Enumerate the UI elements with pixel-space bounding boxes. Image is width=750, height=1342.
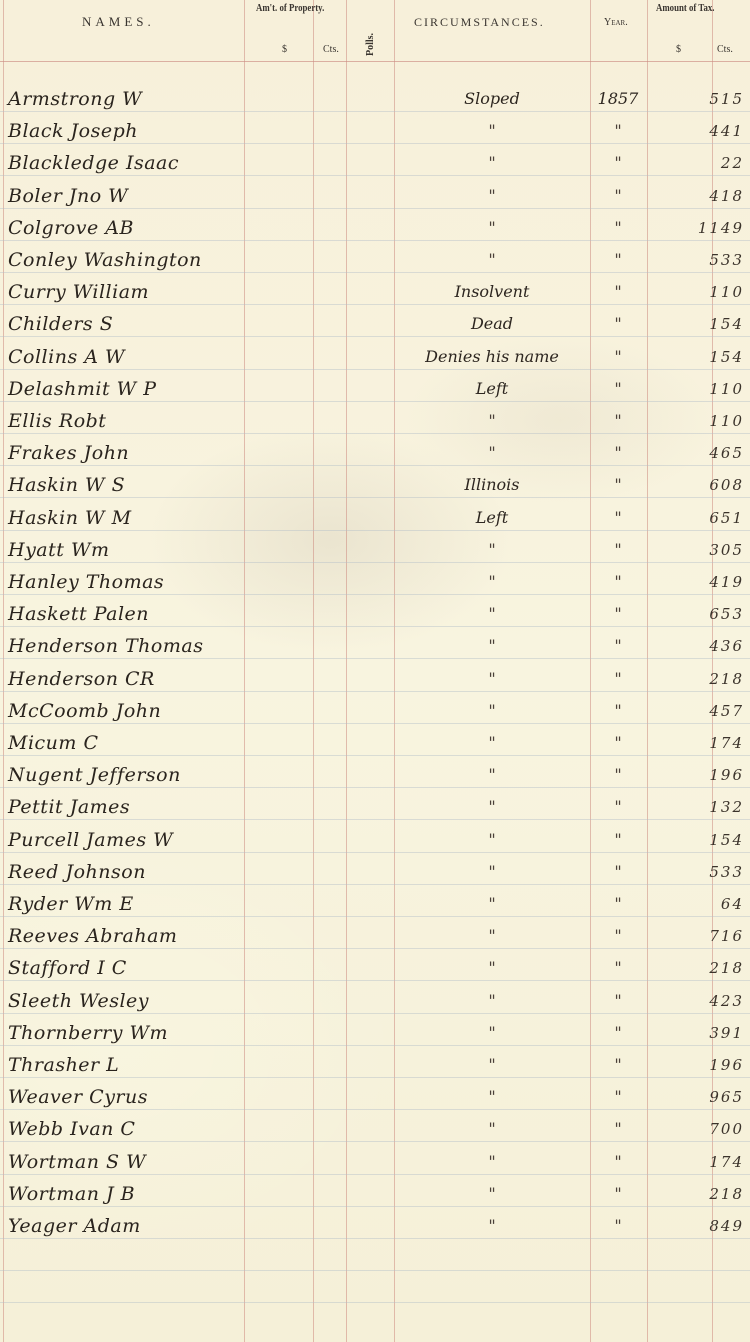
table-row: Wortman J B""218 xyxy=(0,1178,750,1210)
taxpayer-name: McCoomb John xyxy=(8,695,161,727)
year: " xyxy=(590,888,646,920)
taxpayer-name: Haskin W M xyxy=(8,502,132,534)
year: " xyxy=(590,147,646,179)
table-row: Thrasher L""196 xyxy=(0,1049,750,1081)
year: " xyxy=(590,534,646,566)
year: 1857 xyxy=(590,83,646,115)
names-header: NAMES. xyxy=(82,14,155,30)
year: " xyxy=(590,308,646,340)
circumstance: " xyxy=(396,856,588,888)
amount-of-property-header: Am't. of Property. xyxy=(256,2,324,14)
taxpayer-name: Thrasher L xyxy=(8,1049,119,1081)
table-row: McCoomb John""457 xyxy=(0,695,750,727)
taxpayer-name: Pettit James xyxy=(8,791,130,823)
table-row: Ellis Robt""110 xyxy=(0,405,750,437)
tax-amount: 110 xyxy=(648,373,744,405)
taxpayer-name: Stafford I C xyxy=(8,952,127,984)
taxpayer-name: Haskin W S xyxy=(8,469,125,501)
year: " xyxy=(590,469,646,501)
tax-amount: 305 xyxy=(648,534,744,566)
tax-amount: 196 xyxy=(648,1049,744,1081)
table-row: Reeves Abraham""716 xyxy=(0,920,750,952)
table-row: Delashmit W PLeft"110 xyxy=(0,373,750,405)
circumstance: " xyxy=(396,566,588,598)
circumstance: " xyxy=(396,727,588,759)
tax-amount: 22 xyxy=(648,147,744,179)
table-row: Nugent Jefferson""196 xyxy=(0,759,750,791)
circumstance: Dead xyxy=(396,308,588,340)
tax-amount: 465 xyxy=(648,437,744,469)
circumstance: " xyxy=(396,1178,588,1210)
tax-amount: 716 xyxy=(648,920,744,952)
year: " xyxy=(590,952,646,984)
circumstance: " xyxy=(396,212,588,244)
table-row: Hanley Thomas""419 xyxy=(0,566,750,598)
tax-amount: 651 xyxy=(648,502,744,534)
tax-amount: 154 xyxy=(648,824,744,856)
table-row: Wortman S W""174 xyxy=(0,1146,750,1178)
table-row: Frakes John""465 xyxy=(0,437,750,469)
tax-amount: 110 xyxy=(648,276,744,308)
header-rule xyxy=(0,61,750,62)
year: " xyxy=(590,502,646,534)
year: " xyxy=(590,759,646,791)
tax-amount: 391 xyxy=(648,1017,744,1049)
tax-amount: 965 xyxy=(648,1081,744,1113)
year: " xyxy=(590,373,646,405)
year: " xyxy=(590,1049,646,1081)
tax-amount: 154 xyxy=(648,341,744,373)
year: " xyxy=(590,1081,646,1113)
circumstance: " xyxy=(396,1081,588,1113)
year: " xyxy=(590,1113,646,1145)
amount-of-tax-header: Amount of Tax. xyxy=(656,2,714,14)
tax-cents-header: Cts. xyxy=(717,44,733,55)
circumstance: " xyxy=(396,791,588,823)
table-row: Stafford I C""218 xyxy=(0,952,750,984)
table-row: Curry WilliamInsolvent"110 xyxy=(0,276,750,308)
taxpayer-name: Ellis Robt xyxy=(8,405,106,437)
row-rule xyxy=(0,1270,750,1271)
taxpayer-name: Blackledge Isaac xyxy=(8,147,179,179)
tax-amount: 441 xyxy=(648,115,744,147)
circumstance: " xyxy=(396,1017,588,1049)
circumstance: " xyxy=(396,1146,588,1178)
row-rule xyxy=(0,1302,750,1303)
table-row: Webb Ivan C""700 xyxy=(0,1113,750,1145)
taxpayer-name: Haskett Palen xyxy=(8,598,149,630)
taxpayer-name: Weaver Cyrus xyxy=(8,1081,148,1113)
circumstance: " xyxy=(396,985,588,1017)
table-row: Thornberry Wm""391 xyxy=(0,1017,750,1049)
circumstance: " xyxy=(396,824,588,856)
taxpayer-name: Ryder Wm E xyxy=(8,888,134,920)
table-row: Haskin W SIllinois"608 xyxy=(0,469,750,501)
taxpayer-name: Nugent Jefferson xyxy=(8,759,181,791)
table-row: Pettit James""132 xyxy=(0,791,750,823)
table-row: Black Joseph""441 xyxy=(0,115,750,147)
year: " xyxy=(590,856,646,888)
circumstance: Denies his name xyxy=(396,341,588,373)
circumstance: " xyxy=(396,147,588,179)
table-row: Boler Jno W""418 xyxy=(0,180,750,212)
tax-amount: 1149 xyxy=(648,212,744,244)
year: " xyxy=(590,824,646,856)
table-row: Armstrong WSloped1857515 xyxy=(0,83,750,115)
ledger-page: NAMES. Am't. of Property. $ Cts. Polls. … xyxy=(0,0,750,1342)
year: " xyxy=(590,180,646,212)
taxpayer-name: Childers S xyxy=(8,308,113,340)
tax-amount: 154 xyxy=(648,308,744,340)
circumstance: " xyxy=(396,598,588,630)
circumstance: " xyxy=(396,1113,588,1145)
year: " xyxy=(590,663,646,695)
circumstance: " xyxy=(396,663,588,695)
year: " xyxy=(590,405,646,437)
tax-amount: 218 xyxy=(648,952,744,984)
year: " xyxy=(590,920,646,952)
table-row: Haskin W MLeft"651 xyxy=(0,502,750,534)
circumstance: " xyxy=(396,952,588,984)
year: " xyxy=(590,1210,646,1242)
year: " xyxy=(590,791,646,823)
taxpayer-name: Webb Ivan C xyxy=(8,1113,135,1145)
tax-amount: 533 xyxy=(648,244,744,276)
tax-amount: 653 xyxy=(648,598,744,630)
circumstance: " xyxy=(396,1210,588,1242)
taxpayer-name: Micum C xyxy=(8,727,99,759)
taxpayer-name: Curry William xyxy=(8,276,149,308)
polls-header: Polls. xyxy=(365,33,376,56)
tax-dollars-header: $ xyxy=(676,44,681,55)
table-row: Conley Washington""533 xyxy=(0,244,750,276)
year: " xyxy=(590,244,646,276)
table-row: Hyatt Wm""305 xyxy=(0,534,750,566)
taxpayer-name: Hanley Thomas xyxy=(8,566,164,598)
circumstances-header: CIRCUMSTANCES. xyxy=(414,15,545,30)
tax-amount: 110 xyxy=(648,405,744,437)
taxpayer-name: Boler Jno W xyxy=(8,180,128,212)
year: " xyxy=(590,115,646,147)
tax-amount: 218 xyxy=(648,1178,744,1210)
table-row: Yeager Adam""849 xyxy=(0,1210,750,1242)
taxpayer-name: Frakes John xyxy=(8,437,129,469)
taxpayer-name: Wortman S W xyxy=(8,1146,146,1178)
table-row: Collins A WDenies his name"154 xyxy=(0,341,750,373)
tax-amount: 457 xyxy=(648,695,744,727)
tax-amount: 849 xyxy=(648,1210,744,1242)
circumstance: " xyxy=(396,244,588,276)
year: " xyxy=(590,1017,646,1049)
tax-amount: 700 xyxy=(648,1113,744,1145)
year: " xyxy=(590,566,646,598)
table-row: Colgrove AB""1149 xyxy=(0,212,750,244)
circumstance: Insolvent xyxy=(396,276,588,308)
taxpayer-name: Delashmit W P xyxy=(8,373,157,405)
year: " xyxy=(590,727,646,759)
taxpayer-name: Reeves Abraham xyxy=(8,920,177,952)
taxpayer-name: Conley Washington xyxy=(8,244,202,276)
table-row: Haskett Palen""653 xyxy=(0,598,750,630)
tax-amount: 419 xyxy=(648,566,744,598)
circumstance: Sloped xyxy=(396,83,588,115)
year: " xyxy=(590,985,646,1017)
circumstance: " xyxy=(396,888,588,920)
circumstance: " xyxy=(396,180,588,212)
table-row: Blackledge Isaac""22 xyxy=(0,147,750,179)
table-row: Sleeth Wesley""423 xyxy=(0,985,750,1017)
year: " xyxy=(590,695,646,727)
year: " xyxy=(590,1178,646,1210)
taxpayer-name: Purcell James W xyxy=(8,824,173,856)
circumstance: " xyxy=(396,437,588,469)
tax-amount: 423 xyxy=(648,985,744,1017)
table-row: Childers SDead"154 xyxy=(0,308,750,340)
table-row: Purcell James W""154 xyxy=(0,824,750,856)
tax-amount: 132 xyxy=(648,791,744,823)
year: " xyxy=(590,1146,646,1178)
tax-amount: 436 xyxy=(648,630,744,662)
year: " xyxy=(590,437,646,469)
year: " xyxy=(590,212,646,244)
taxpayer-name: Henderson Thomas xyxy=(8,630,203,662)
circumstance: " xyxy=(396,534,588,566)
tax-amount: 196 xyxy=(648,759,744,791)
circumstance: " xyxy=(396,1049,588,1081)
taxpayer-name: Armstrong W xyxy=(8,83,142,115)
year: " xyxy=(590,341,646,373)
tax-amount: 418 xyxy=(648,180,744,212)
taxpayer-name: Hyatt Wm xyxy=(8,534,110,566)
taxpayer-name: Black Joseph xyxy=(8,115,138,147)
table-row: Weaver Cyrus""965 xyxy=(0,1081,750,1113)
taxpayer-name: Reed Johnson xyxy=(8,856,146,888)
table-row: Henderson CR""218 xyxy=(0,663,750,695)
tax-amount: 533 xyxy=(648,856,744,888)
taxpayer-name: Henderson CR xyxy=(8,663,155,695)
taxpayer-name: Wortman J B xyxy=(8,1178,135,1210)
taxpayer-name: Thornberry Wm xyxy=(8,1017,168,1049)
circumstance: " xyxy=(396,695,588,727)
property-cents-header: Cts. xyxy=(323,44,339,55)
taxpayer-name: Sleeth Wesley xyxy=(8,985,149,1017)
year-header: Year. xyxy=(604,17,628,28)
year: " xyxy=(590,276,646,308)
circumstance: Left xyxy=(396,373,588,405)
tax-amount: 174 xyxy=(648,727,744,759)
table-row: Ryder Wm E""64 xyxy=(0,888,750,920)
taxpayer-name: Yeager Adam xyxy=(8,1210,141,1242)
property-dollars-header: $ xyxy=(282,44,287,55)
table-row: Reed Johnson""533 xyxy=(0,856,750,888)
tax-amount: 515 xyxy=(648,83,744,115)
circumstance: " xyxy=(396,759,588,791)
taxpayer-name: Collins A W xyxy=(8,341,125,373)
tax-amount: 218 xyxy=(648,663,744,695)
taxpayer-name: Colgrove AB xyxy=(8,212,134,244)
tax-amount: 608 xyxy=(648,469,744,501)
circumstance: " xyxy=(396,115,588,147)
tax-amount: 174 xyxy=(648,1146,744,1178)
year: " xyxy=(590,630,646,662)
circumstance: " xyxy=(396,920,588,952)
circumstance: Illinois xyxy=(396,469,588,501)
circumstance: Left xyxy=(396,502,588,534)
tax-amount: 64 xyxy=(648,888,744,920)
circumstance: " xyxy=(396,630,588,662)
table-row: Henderson Thomas""436 xyxy=(0,630,750,662)
table-row: Micum C""174 xyxy=(0,727,750,759)
circumstance: " xyxy=(396,405,588,437)
year: " xyxy=(590,598,646,630)
